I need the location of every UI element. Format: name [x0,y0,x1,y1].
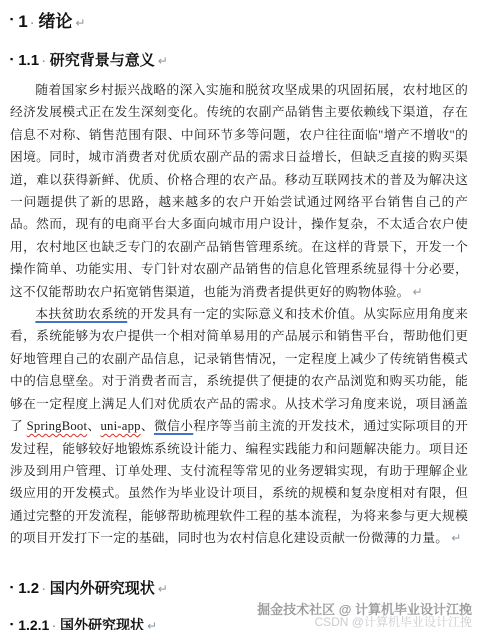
text-segment-plain: 的开发具有一定的实际意义和技术价值。从实际应用角度来看，系统能够为农户提供一个相… [10,307,468,433]
paragraph-1: 随着国家乡村振兴战略的深入实施和脱贫攻坚成果的巩固拓展，农村地区的经济发展模式正… [10,79,468,303]
paragraph-text: 随着国家乡村振兴战略的深入实施和脱贫攻坚成果的巩固拓展，农村地区的经济发展模式正… [10,83,468,299]
heading-1-1: ▪1.1·研究背景与意义↵ [10,49,468,70]
space-mark: · [42,56,46,68]
heading-outline-marker-icon: ▪ [10,620,13,629]
paragraph-mark-icon: ↵ [413,285,423,299]
paragraph-mark-icon: ↵ [147,619,157,630]
paragraph-mark-icon: ↵ [158,582,168,596]
text-segment-grammar: 本扶贫助农系统 [35,307,127,321]
document-page: ▪1·绪论↵ ▪1.1·研究背景与意义↵ 随着国家乡村振兴战略的深入实施和脱贫攻… [0,0,478,630]
text-segment-plain: 程序等当前主流的开发技术，通过实际项目的开发过程，能够较好地锻炼系统设计能力、编… [10,419,468,545]
paragraph-mark-icon: ↵ [75,16,85,30]
text-segment-plain: 、 [87,419,100,433]
paragraph-mark-icon: ↵ [451,531,461,545]
heading-1-2: ▪1.2·国内外研究现状↵ [10,577,468,598]
space-mark: · [31,18,35,30]
paragraph-text: 本扶贫助农系统的开发具有一定的实际意义和技术价值。从实际应用角度来看，系统能够为… [10,307,468,545]
space-mark: · [52,621,56,630]
watermark-line-2: CSDN @计算机毕业设计江挽 [257,615,472,629]
heading-number: 1 [18,12,27,32]
heading-number: 1.2 [18,580,39,597]
paragraph-2: 本扶贫助农系统的开发具有一定的实际意义和技术价值。从实际应用角度来看，系统能够为… [10,303,468,549]
heading-1: ▪1·绪论↵ [10,7,468,32]
heading-title: 研究背景与意义 [50,49,155,70]
text-segment-spell: uni-app [101,419,141,433]
watermark: 掘金技术社区 @ 计算机毕业设计江挽 CSDN @计算机毕业设计江挽 [257,603,472,629]
text-segment-spell: SpringBoot [27,419,88,433]
text-segment-plain: 、 [141,419,154,433]
paragraph-mark-icon: ↵ [158,54,168,68]
heading-outline-marker-icon: ▪ [10,583,13,592]
heading-title: 国外研究现状 [60,615,144,630]
space-mark: · [42,584,46,596]
text-segment-grammar: 微信小 [154,419,193,433]
heading-title: 国内外研究现状 [50,577,155,598]
heading-outline-marker-icon: ▪ [10,15,13,24]
heading-outline-marker-icon: ▪ [10,55,13,64]
heading-number: 1.2.1 [18,617,49,630]
heading-title: 绪论 [38,7,72,32]
heading-number: 1.1 [18,52,39,69]
